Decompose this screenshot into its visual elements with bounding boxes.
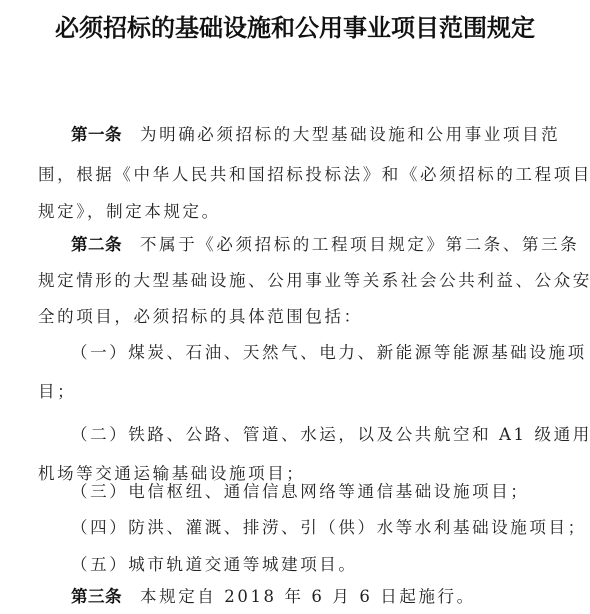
article-2-line-2: 规定情形的大型基础设施、公用事业等关系社会公共利益、公众安 (38, 269, 590, 293)
item-4-line-1: （四）防洪、灌溉、排涝、引（供）水等水利基础设施项目； (71, 516, 587, 540)
article-1-line-2: 围，根据《中华人民共和国招标投标法》和《必须招标的工程项目 (38, 163, 590, 187)
item-1-line-1: （一）煤炭、石油、天然气、电力、新能源等能源基础设施项 (71, 341, 587, 365)
item-5-line-1: （五）城市轨道交通等城建项目。 (71, 553, 358, 577)
article-2-text: 不属于《必须招标的工程项目规定》第二条、第三条 (140, 235, 579, 254)
regulation-document: 必须招标的基础设施和公用事业项目范围规定 第一条为明确必须招标的大型基础设施和公… (0, 0, 590, 614)
item-3-line-1: （三）电信枢纽、通信信息网络等通信基础设施项目； (71, 480, 529, 504)
article-3-text: 本规定自 2018 年 6 月 6 日起施行。 (140, 587, 476, 606)
article-3-line-1: 第三条本规定自 2018 年 6 月 6 日起施行。 (71, 585, 476, 609)
article-1-line-3: 规定》，制定本规定。 (38, 200, 221, 224)
article-2-line-1: 第二条不属于《必须招标的工程项目规定》第二条、第三条 (71, 233, 579, 257)
item-1-line-2: 目； (38, 380, 76, 404)
article-3-label: 第三条 (71, 587, 122, 606)
article-1-text: 为明确必须招标的大型基础设施和公用事业项目范 (140, 125, 560, 144)
article-1-label: 第一条 (71, 125, 122, 144)
article-1-line-1: 第一条为明确必须招标的大型基础设施和公用事业项目范 (71, 123, 560, 147)
document-title: 必须招标的基础设施和公用事业项目范围规定 (0, 10, 590, 46)
article-2-label: 第二条 (71, 235, 122, 254)
item-2-line-1: （二）铁路、公路、管道、水运，以及公共航空和 A1 级通用 (71, 423, 590, 447)
article-2-line-3: 全的项目，必须招标的具体范围包括： (38, 305, 363, 329)
